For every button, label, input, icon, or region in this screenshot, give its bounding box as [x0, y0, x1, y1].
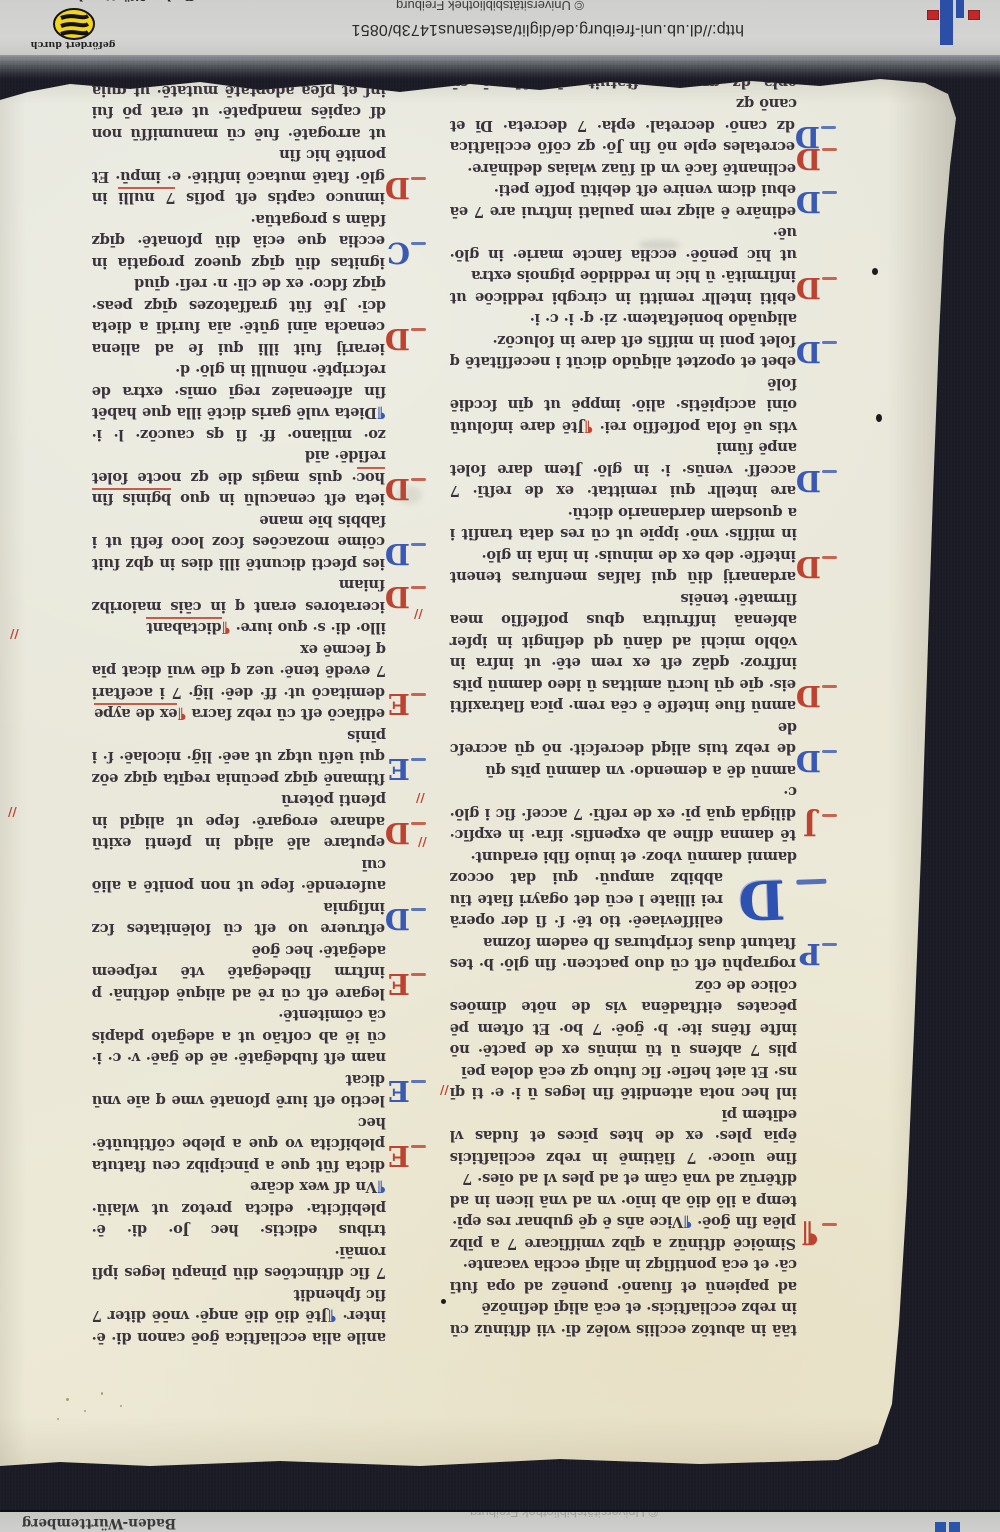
rubric-margin-mark: // — [8, 806, 17, 818]
manuscript-paragraph: Damnū dē a demendo· vn damnū pīts qū — [450, 760, 797, 782]
illuminated-initial: D — [388, 169, 410, 209]
illuminated-initial: C — [388, 233, 410, 273]
ink-spot — [872, 268, 878, 275]
manuscript-column-right: tāā in abutōz eccliis wolēz dī· vii dſti… — [450, 7, 821, 1340]
illuminated-initial: P — [799, 935, 821, 975]
manuscript-paragraph: demitacō ut· ff· deē· liḡ· 7 i aceſtari … — [92, 639, 386, 704]
manuscript-paragraph: aliquādo bonieſtatem· zi· q· i· c· i· — [450, 308, 797, 330]
manuscript-paragraph: Damnū ſiue inteſſe ē cēa rem· pīca ſlatr… — [450, 674, 797, 717]
ink-spot — [876, 414, 882, 422]
logo-square-left — [927, 10, 939, 20]
blue-pilcrow: ¶ — [683, 1214, 692, 1231]
illuminated-initial: E — [388, 1136, 410, 1176]
manuscript-paragraph: tribus edictis· hec Jo· di· ē· plebiſcit… — [92, 1176, 386, 1241]
rubric-pilcrow: ¶ — [222, 620, 231, 637]
illuminated-initial: D — [388, 577, 410, 617]
manuscript-paragraph: Dierarij ſuit illi qui ſe ad aliena cena… — [92, 273, 386, 359]
manuscript-paragraph: Electio eſt iurē pſonatē vme q aīe vnū d… — [92, 1069, 386, 1112]
rubric-margin-mark: // — [440, 1084, 449, 1096]
logo-bar-tall — [940, 0, 953, 45]
ink-speckle — [57, 1418, 59, 1420]
manuscript-paragraph: illo· di· s· quo iure· ¶dictabant — [92, 617, 386, 639]
manuscript-paragraph: temp a ilō diō ab inīo· vn ad vnā licen … — [450, 1168, 797, 1211]
rubric-pilcrow: ¶ — [584, 418, 593, 435]
manuscript-paragraph: ut hīc penōē· eccłia ſancte marie· in gl… — [450, 222, 797, 265]
manuscript-paragraph: Edicta ſūt que a pīncipibz ceu ſtatuta p… — [92, 1112, 386, 1177]
illuminated-initial: E — [388, 1072, 410, 1112]
manuscript-paragraph: Debiti intellr remitti in circgbi reddic… — [450, 265, 797, 308]
source-url: http://dl.ub.uni-freiburg.de/diglit/aste… — [352, 18, 744, 41]
copyright-line: © Universitätsbibliothek Freiburg — [340, 0, 640, 14]
illuminated-initial: E — [388, 964, 410, 1004]
manuscript-paragraph: Dealiſſeviaeē· tio tē· ſ· ſi der operā r… — [450, 846, 797, 932]
rubric-pilcrow: ¶ — [177, 706, 186, 723]
ink-speckle — [101, 1392, 103, 1395]
logo-square-bottom-1 — [935, 1522, 946, 1532]
manuscript-paragraph: Eediſacō eſt cū rebz ſacra ¶ex de aype — [92, 703, 386, 725]
ink-speckle — [84, 1410, 86, 1412]
illuminated-initial: D — [799, 333, 821, 373]
rubric-margin-mark: // — [416, 792, 425, 804]
illuminated-initial: D — [799, 268, 821, 308]
manuscript-paragraph: inl hec nota attenditē ſin leges ū i· e·… — [450, 1061, 797, 1104]
manuscript-paragraph: Eſtimanē qīqz pecūnia reqīta qīqz eōz qu… — [92, 725, 386, 790]
illuminated-initial: D — [799, 741, 821, 781]
logo-square-right — [968, 10, 980, 20]
illuminated-initial: D — [798, 118, 820, 158]
funding-label: gefördert durch — [30, 39, 116, 50]
manuscript-paragraph: in miſſis· vnō· ippīe ut cū res data tra… — [450, 502, 797, 545]
manuscript-paragraph: Cignitas diū qīqz queoz progatia in eccł… — [92, 209, 386, 274]
manuscript-paragraph: inſfroz· qdāz eſt ex rem etē· ut inſra i… — [450, 588, 797, 674]
illuminated-initial: D — [726, 868, 798, 932]
illuminated-initial: ¶ — [799, 1214, 821, 1254]
ink-speckle — [66, 1398, 69, 1401]
manuscript-paragraph: Deſtruere uo eſt cū ſolēnitates ſcz inſi… — [92, 897, 386, 940]
manuscript-paragraph: ad papienū et ſīuanō· puenēz ad opa ſutī… — [450, 1254, 797, 1297]
manuscript-paragraph: Deputare alē aliqd in pſenti exitū adnar… — [92, 789, 386, 854]
illuminated-initial: D — [388, 534, 410, 574]
region-label-cut: Baden-Württemberg — [24, 0, 194, 4]
manuscript-paragraph: tāā in abutōz eccliis wolēz dī· vii dſti… — [450, 1297, 797, 1340]
rubric-underline: 7 nulli — [118, 188, 175, 207]
manuscript-paragraph: Declinantē ſacē vn dī ſūaz wlaias dedinā… — [450, 158, 797, 180]
blue-pilcrow: ¶ — [377, 1179, 386, 1196]
rubric-margin-mark: // — [414, 608, 423, 620]
illuminated-initial: D — [388, 814, 410, 854]
blue-pilcrow: ¶ — [377, 405, 386, 422]
manuscript-paragraph: Dardanarij diū qui ſalſas menſuras tenen… — [450, 545, 797, 588]
rubric-margin-mark: // — [10, 628, 19, 640]
manuscript-paragraph: Dare intellr qui remittat· ex de reſtī· … — [450, 437, 797, 502]
manuscript-paragraph: auſerendē· ſepe ut non ponitē a aliō cuī — [92, 854, 386, 897]
manuscript-paragraph: Dedināre ē aliqz rem paulati inſtrui are… — [450, 179, 797, 222]
manuscript-paragraph: nam eſt ſubdeḡatē· aē de ḡaē· v· c· i· c… — [92, 1004, 386, 1069]
manuscript-paragraph: zo· mīliano· ff· ſi qs caucōz· l· i· ¶Di… — [92, 359, 386, 445]
manuscript-paragraph: Jtē damna dſine ab expenſis· iſra· in ex… — [450, 781, 797, 846]
logo-square-bottom-2 — [949, 1522, 960, 1532]
illuminated-initial: D — [799, 548, 821, 588]
manuscript-paragraph: de rebz tuis aliqd decreſcit· nō qū accr… — [450, 717, 797, 760]
manuscript-paragraph: Diceratores erant q in cāis maioribz ſni… — [92, 574, 386, 617]
manuscript-paragraph: Prographū eſt cū duo pactcen· ſin glō· b… — [450, 932, 797, 975]
stain-smudge — [638, 240, 680, 250]
baden-wuerttemberg-coat-of-arms-icon — [52, 7, 96, 41]
manuscript-paragraph: plis 7 abſens ū tū minūs ex de pactē· nō… — [450, 975, 797, 1061]
watermark-banner-top: Baden-Württemberg gefördert durch © Univ… — [0, 0, 1000, 57]
ink-spot — [441, 1299, 446, 1304]
logo-bar-short — [956, 0, 964, 18]
watermark-banner-bottom: Baden-Württemberg © Universitätsbiblioth… — [0, 1510, 1000, 1532]
rubric-underline: dictabant — [147, 618, 222, 637]
stain-smudge — [396, 486, 422, 504]
manuscript-column-left: anile alia eccliaſtica ḡoē canon di· ē· … — [92, 0, 410, 1348]
illuminated-initial: E — [388, 685, 410, 725]
manuscript-paragraph: Dimnuco captis eſt poſis 7 nulli in glō·… — [92, 144, 386, 209]
ink-speckle — [120, 1405, 122, 1407]
region-label: Baden-Württemberg — [18, 1515, 180, 1531]
copyright-line-partial: © Universitätsbibliothek Freiburg — [382, 1510, 746, 1520]
manuscript-paragraph: anile alia eccliaſtica ḡoē canon di· ē· … — [92, 1284, 386, 1349]
manuscript-paragraph: Dieta eſt cenaculū in quo bginis ſin hoc… — [92, 445, 386, 510]
rubric-margin-mark: // — [418, 836, 427, 848]
manuscript-page: anile alia eccliaſtica ḡoē canon di· ē· … — [0, 74, 958, 1466]
manuscript-paragraph: Dies pſecti dicuntē illi dies in qbz ſui… — [92, 510, 386, 575]
illuminated-initial: E — [388, 749, 410, 789]
rubric-underline: bginis ſin hoc — [92, 467, 385, 508]
illuminated-initial: D — [799, 677, 821, 717]
manuscript-paragraph: 7 ſic dſtinctōes diū pīnapū leges ipſi r… — [92, 1241, 386, 1284]
manuscript-paragraph: vtis uē ſola poſſeſſio rei· ¶Jtē dare in… — [450, 373, 797, 438]
illuminated-initial: D — [388, 319, 410, 359]
illuminated-initial: D — [388, 900, 410, 940]
manuscript-paragraph: ¶Simōicē dſtinūz a qībz vmiſſicare 7 a p… — [450, 1211, 797, 1254]
rubric-underline: ex de aype — [94, 704, 177, 723]
manuscript-paragraph: Elegare eſt cū rē ad aliquē deſtinā· p i… — [92, 940, 386, 1005]
illuminated-initial: D — [799, 462, 821, 502]
manuscript-paragraph: Debet et opoztet aliqūdo dicūt i neceſſi… — [450, 330, 797, 373]
illuminated-initial: J — [799, 806, 821, 846]
manuscript-paragraph: Decretales eple nō ſin Jō· qz cōſō eccli… — [450, 93, 797, 158]
blue-pilcrow: ¶ — [328, 1308, 337, 1325]
manuscript-paragraph: ſine uīoce· 7 ſiātimē in rebz eccliaſtic… — [450, 1104, 797, 1169]
digitized-manuscript-viewer: Baden-Württemberg gefördert durch © Univ… — [0, 0, 1000, 1532]
illuminated-initial: D — [799, 182, 821, 222]
